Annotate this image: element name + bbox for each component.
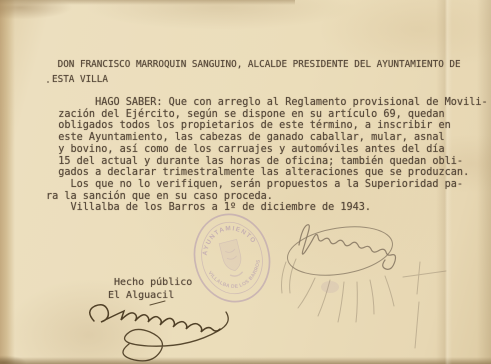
alcalde-signature xyxy=(282,220,447,348)
pencil-scratch-marks xyxy=(282,259,395,322)
stamp-coat-of-arms-icon xyxy=(219,239,245,278)
ayuntamiento-oval-stamp-icon: AYUNTAMIENTO VILLALBA DE LOS BARROS xyxy=(185,206,278,309)
page-left-edge xyxy=(0,0,15,364)
document-body-text: HAGO SABER: Que con arreglo al Reglament… xyxy=(46,97,488,214)
stamp-text-bottom: VILLALBA DE LOS BARROS xyxy=(206,257,268,296)
alguacil-signature xyxy=(90,301,228,361)
stamp-text-top: AYUNTAMIENTO xyxy=(196,219,258,258)
paper-speck xyxy=(47,81,49,83)
svg-text:VILLALBA DE LOS BARROS: VILLALBA DE LOS BARROS xyxy=(206,257,268,296)
svg-text:AYUNTAMIENTO: AYUNTAMIENTO xyxy=(196,219,258,258)
bottom-left-corner xyxy=(0,350,40,364)
document-heading: DON FRANCISCO MARROQUIN SANGUINO, ALCALD… xyxy=(52,58,461,87)
footer-caption: Hecho público El Alguacil xyxy=(108,277,192,302)
page-bottom-edge xyxy=(0,357,491,364)
page-top-edge xyxy=(0,0,295,5)
scanned-document-page: DON FRANCISCO MARROQUIN SANGUINO, ALCALD… xyxy=(0,0,491,364)
stamp-ink-smudge xyxy=(321,281,339,293)
